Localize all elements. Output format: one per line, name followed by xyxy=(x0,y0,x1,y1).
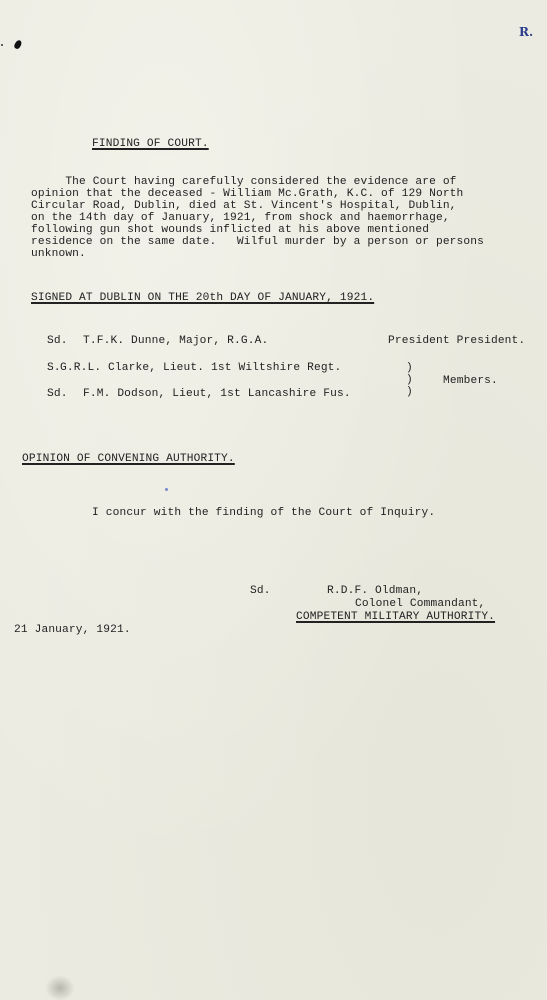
signature-prefix: Sd. xyxy=(250,585,271,597)
signatory-name: T.F.K. Dunne, Major, R.G.A. xyxy=(83,335,268,347)
signatory-role: President President. xyxy=(388,335,525,347)
ink-dot xyxy=(1,44,3,46)
page-mark: R. xyxy=(519,25,533,39)
smudge xyxy=(45,975,75,1000)
members-bracket: ))) xyxy=(406,362,413,398)
signatory-prefix: Sd. xyxy=(47,388,68,400)
signed-heading: SIGNED AT DUBLIN ON THE 20th DAY OF JANU… xyxy=(31,292,374,304)
finding-line: Circular Road, Dublin, died at St. Vince… xyxy=(31,200,457,212)
finding-line: opinion that the deceased - William Mc.G… xyxy=(31,188,463,200)
finding-line: on the 14th day of January, 1921, from s… xyxy=(31,212,450,224)
finding-heading: FINDING OF COURT. xyxy=(92,138,209,150)
signatory-name: F.M. Dodson, Lieut, 1st Lancashire Fus. xyxy=(83,388,351,400)
paper-background xyxy=(0,0,547,1000)
document-date: 21 January, 1921. xyxy=(14,624,131,636)
finding-line: unknown. xyxy=(31,248,86,260)
ink-speck xyxy=(165,488,168,491)
finding-line: residence on the same date. Wilful murde… xyxy=(31,236,484,248)
signature-name: R.D.F. Oldman, xyxy=(327,585,423,597)
signatory-name: G.R.L. Clarke, Lieut. 1st Wiltshire Regt… xyxy=(60,362,341,374)
finding-line: following gun shot wounds inflicted at h… xyxy=(31,224,429,236)
signature-title: COMPETENT MILITARY AUTHORITY. xyxy=(296,611,495,623)
signatory-prefix: S. xyxy=(47,362,61,374)
finding-line: The Court having carefully considered th… xyxy=(31,176,457,188)
opinion-text: I concur with the finding of the Court o… xyxy=(92,507,435,519)
signature-rank: Colonel Commandant, xyxy=(355,598,485,610)
signatory-prefix: Sd. xyxy=(47,335,68,347)
members-label: Members. xyxy=(443,375,498,387)
opinion-heading: OPINION OF CONVENING AUTHORITY. xyxy=(22,453,235,465)
